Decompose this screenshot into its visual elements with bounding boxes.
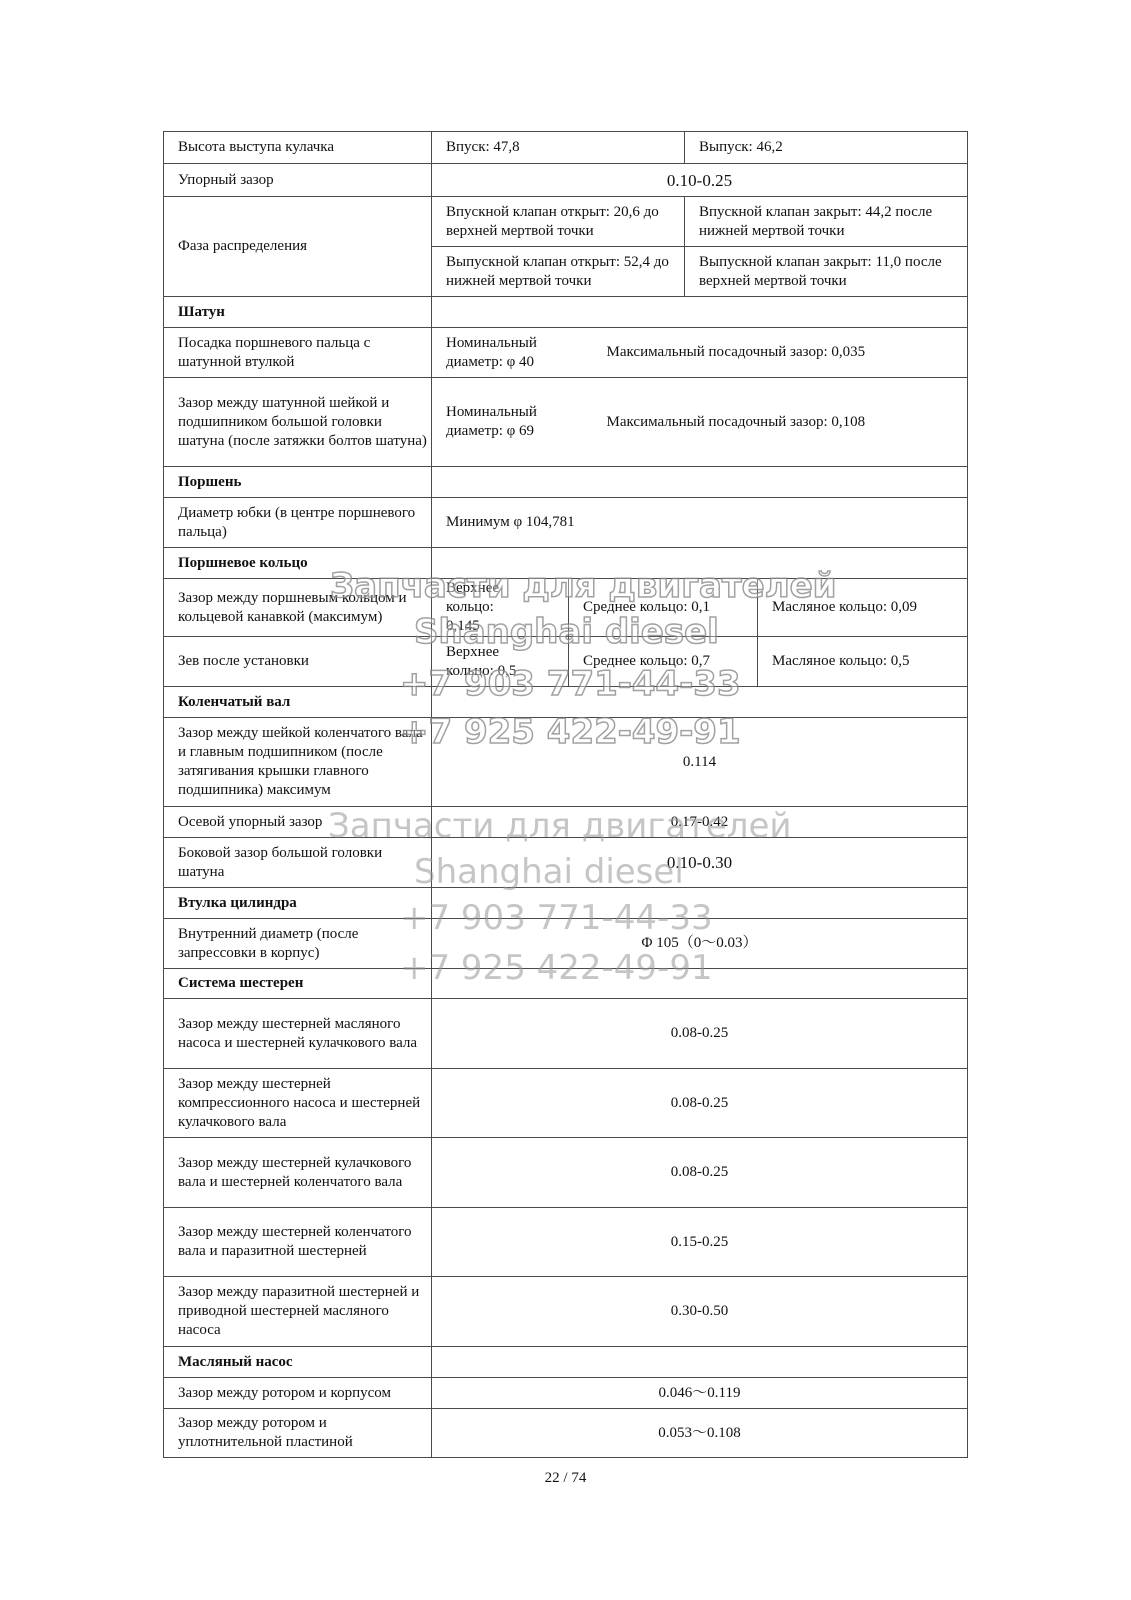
document-page: Высота выступа кулачка Впуск: 47,8 Выпус… <box>0 0 1131 1600</box>
table-row: Зазор между ротором и корпусом 0.046～0.1… <box>164 1378 968 1409</box>
row-value: 0.114 <box>432 718 968 807</box>
row-value: 0.08-0.25 <box>432 1069 968 1138</box>
row-label: Зев после установки <box>164 637 432 687</box>
row-label: Зазор между шейкой коленчатого вала и гл… <box>164 718 432 807</box>
section-header-row: Шатун <box>164 297 968 328</box>
row-value: 0.08-0.25 <box>432 1138 968 1208</box>
intake-value: Впуск: 47,8 <box>432 132 685 164</box>
section-title: Поршень <box>164 467 432 498</box>
section-header-row: Система шестерен <box>164 969 968 999</box>
oil-ring-value: Масляное кольцо: 0,5 <box>758 637 968 687</box>
row-value: 0.15-0.25 <box>432 1208 968 1277</box>
table-row: Зазор между шестерней коленчатого вала и… <box>164 1208 968 1277</box>
section-header-row: Поршень <box>164 467 968 498</box>
oil-ring-value: Масляное кольцо: 0,09 <box>758 579 968 637</box>
table-row: Зазор между шатунной шейкой и подшипнико… <box>164 378 968 467</box>
section-title: Коленчатый вал <box>164 687 432 718</box>
row-label: Боковой зазор большой головки шатуна <box>164 838 432 888</box>
row-label: Зазор между шестерней коленчатого вала и… <box>164 1208 432 1277</box>
row-label: Диаметр юбки (в центре поршневого пальца… <box>164 498 432 548</box>
table-row: Зазор между шестерней компрессионного на… <box>164 1069 968 1138</box>
table-row: Зазор между поршневым кольцом и кольцево… <box>164 579 968 637</box>
max-value: Максимальный посадочный зазор: 0,035 <box>569 328 968 378</box>
intake-open-value: Впускной клапан открыт: 20,6 до верхней … <box>432 197 685 247</box>
exhaust-open-value: Выпускной клапан открыт: 52,4 до нижней … <box>432 247 685 297</box>
row-value: 0.10-0.25 <box>432 164 968 197</box>
section-header-row: Поршневое кольцо <box>164 548 968 579</box>
empty-cell <box>432 1347 968 1378</box>
table-row: Зазор между паразитной шестерней и приво… <box>164 1277 968 1347</box>
row-label: Высота выступа кулачка <box>164 132 432 164</box>
row-label: Зазор между ротором и корпусом <box>164 1378 432 1409</box>
empty-cell <box>432 467 968 498</box>
top-ring-value: Верхнее кольцо: 0,145 <box>432 579 569 637</box>
exhaust-value: Выпуск: 46,2 <box>685 132 968 164</box>
table-row: Зазор между шестерней кулачкового вала и… <box>164 1138 968 1208</box>
row-value: 0.08-0.25 <box>432 999 968 1069</box>
page-indicator: 22 / 74 <box>0 1470 1131 1487</box>
middle-ring-value: Среднее кольцо: 0,1 <box>569 579 758 637</box>
row-value: 0.30-0.50 <box>432 1277 968 1347</box>
table-row: Посадка поршневого пальца с шатунной вту… <box>164 328 968 378</box>
exhaust-close-value: Выпускной клапан закрыт: 11,0 после верх… <box>685 247 968 297</box>
middle-ring-value: Среднее кольцо: 0,7 <box>569 637 758 687</box>
top-ring-value: Верхнее кольцо: 0,5 <box>432 637 569 687</box>
section-title: Втулка цилиндра <box>164 888 432 919</box>
table-row: Фаза распределения Впускной клапан откры… <box>164 197 968 247</box>
table-row: Зазор между шейкой коленчатого вала и гл… <box>164 718 968 807</box>
row-label: Осевой упорный зазор <box>164 807 432 838</box>
row-value: 0.10-0.30 <box>432 838 968 888</box>
empty-cell <box>432 687 968 718</box>
row-value: 0.053～0.108 <box>432 1409 968 1458</box>
table-row: Зазор между ротором и уплотнительной пла… <box>164 1409 968 1458</box>
row-label: Зазор между шатунной шейкой и подшипнико… <box>164 378 432 467</box>
table-row: Зев после установки Верхнее кольцо: 0,5 … <box>164 637 968 687</box>
section-title: Система шестерен <box>164 969 432 999</box>
section-title: Масляный насос <box>164 1347 432 1378</box>
section-header-row: Коленчатый вал <box>164 687 968 718</box>
table-row: Высота выступа кулачка Впуск: 47,8 Выпус… <box>164 132 968 164</box>
row-label: Упорный зазор <box>164 164 432 197</box>
row-label: Зазор между ротором и уплотнительной пла… <box>164 1409 432 1458</box>
spec-table: Высота выступа кулачка Впуск: 47,8 Выпус… <box>163 131 968 1458</box>
max-value: Максимальный посадочный зазор: 0,108 <box>569 378 968 467</box>
section-title: Поршневое кольцо <box>164 548 432 579</box>
row-label: Зазор между шестерней компрессионного на… <box>164 1069 432 1138</box>
row-label: Зазор между поршневым кольцом и кольцево… <box>164 579 432 637</box>
row-label: Зазор между паразитной шестерней и приво… <box>164 1277 432 1347</box>
section-header-row: Втулка цилиндра <box>164 888 968 919</box>
empty-cell <box>432 888 968 919</box>
table-row: Внутренний диаметр (после запрессовки в … <box>164 919 968 969</box>
row-value: 0.17-0.42 <box>432 807 968 838</box>
nominal-value: Номинальный диаметр: φ 40 <box>432 328 569 378</box>
row-label: Внутренний диаметр (после запрессовки в … <box>164 919 432 969</box>
row-value: 0.046～0.119 <box>432 1378 968 1409</box>
row-value: Минимум φ 104,781 <box>432 498 968 548</box>
row-label: Фаза распределения <box>164 197 432 297</box>
table-row: Диаметр юбки (в центре поршневого пальца… <box>164 498 968 548</box>
row-value: Φ 105（0～0.03） <box>432 919 968 969</box>
intake-close-value: Впускной клапан закрыт: 44,2 после нижне… <box>685 197 968 247</box>
table-row: Упорный зазор 0.10-0.25 <box>164 164 968 197</box>
table-row: Боковой зазор большой головки шатуна 0.1… <box>164 838 968 888</box>
table-row: Зазор между шестерней масляного насоса и… <box>164 999 968 1069</box>
empty-cell <box>432 548 968 579</box>
row-label: Посадка поршневого пальца с шатунной вту… <box>164 328 432 378</box>
nominal-value: Номинальный диаметр: φ 69 <box>432 378 569 467</box>
section-title: Шатун <box>164 297 432 328</box>
section-header-row: Масляный насос <box>164 1347 968 1378</box>
row-label: Зазор между шестерней масляного насоса и… <box>164 999 432 1069</box>
empty-cell <box>432 969 968 999</box>
table-row: Осевой упорный зазор 0.17-0.42 <box>164 807 968 838</box>
row-label: Зазор между шестерней кулачкового вала и… <box>164 1138 432 1208</box>
empty-cell <box>432 297 968 328</box>
